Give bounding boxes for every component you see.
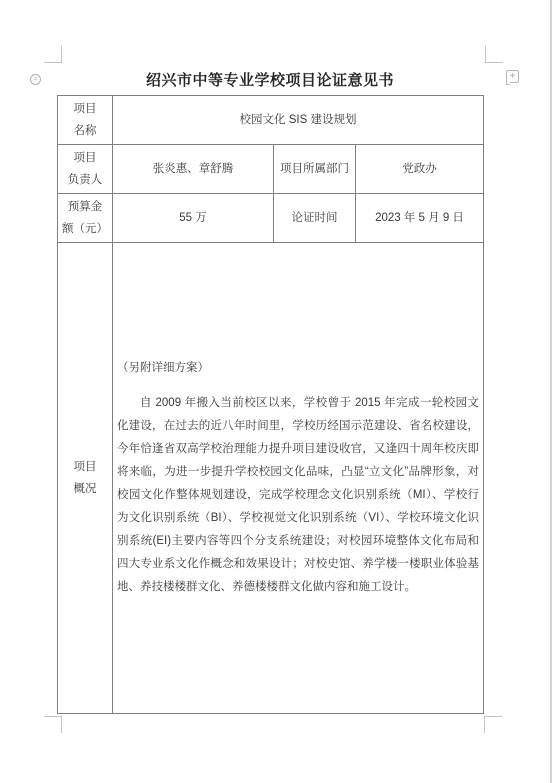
budget-label: 预算金 额（元）: [58, 194, 113, 243]
review-time-value: 2023 年 5 月 9 日: [356, 194, 484, 243]
text-boundary-mark-top-left: [44, 46, 62, 63]
budget-value: 55 万: [113, 194, 274, 243]
row-project-leader: 项目 负责人 张炎惠、章舒腾 项目所属部门 党政办: [58, 145, 484, 194]
text-boundary-mark-bottom-right: [484, 716, 502, 733]
text-boundary-mark-top-right: [485, 46, 503, 63]
overview-paragraph: 自 2009 年搬入当前校区以来，学校曾于 2015 年完成一轮校园文化建设，在…: [117, 392, 479, 599]
project-name-value: 校园文化 SIS 建设规划: [113, 96, 484, 145]
row-budget: 预算金 额（元） 55 万 论证时间 2023 年 5 月 9 日: [58, 194, 484, 243]
row-project-name: 项目 名称 校园文化 SIS 建设规划: [58, 96, 484, 145]
project-leader-value: 张炎惠、章舒腾: [113, 145, 274, 194]
project-name-label: 项目 名称: [58, 96, 113, 145]
review-time-label: 论证时间: [274, 194, 356, 243]
document-title: 绍兴市中等专业学校项目论证意见书: [0, 69, 540, 90]
text-boundary-mark-bottom-left: [44, 716, 62, 733]
project-overview-label: 项目 概况: [58, 243, 113, 714]
project-leader-label: 项目 负责人: [58, 145, 113, 194]
overview-note: （另附详细方案）: [117, 357, 479, 380]
department-value: 党政办: [356, 145, 484, 194]
document-page: = + 绍兴市中等专业学校项目论证意见书 项目 名称 校园文化 SIS 建设规划…: [0, 0, 553, 783]
page-right-edge: [550, 0, 552, 783]
row-project-overview: 项目 概况 （另附详细方案） 自 2009 年搬入当前校区以来，学校曾于 201…: [58, 243, 484, 714]
project-overview-cell: （另附详细方案） 自 2009 年搬入当前校区以来，学校曾于 2015 年完成一…: [113, 243, 484, 714]
department-label: 项目所属部门: [274, 145, 356, 194]
project-form-table: 项目 名称 校园文化 SIS 建设规划 项目 负责人 张炎惠、章舒腾 项目所属部…: [57, 95, 484, 714]
